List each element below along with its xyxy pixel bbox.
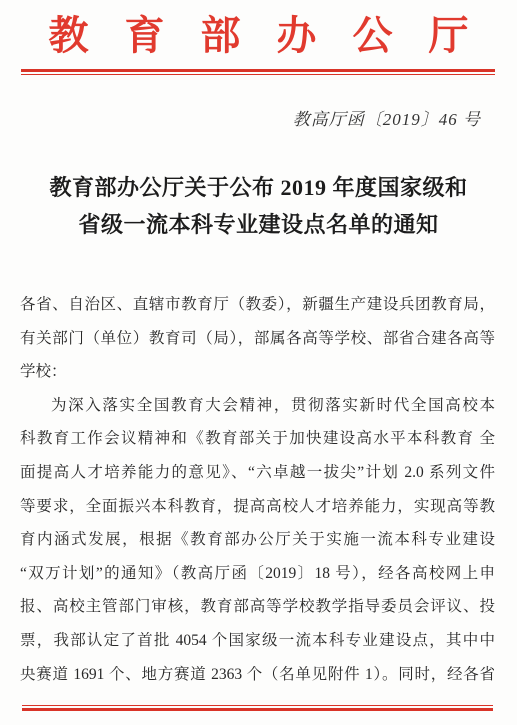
addressee-line: 各省、自治区、直辖市教育厅（教委），新疆生产建设兵团教育局， — [20, 288, 495, 322]
footer-divider-rule — [22, 705, 493, 711]
body-line: “双万计划”的通知》（教高厅函〔2019〕18 号），经各高校网上申 — [20, 557, 495, 591]
letterhead: 教育部办公厅 — [0, 12, 517, 60]
document-number: 教高厅函〔2019〕46 号 — [0, 108, 481, 132]
header-divider-rule — [21, 69, 495, 75]
body-line: 等要求，全面振兴本科教育，提高高校人才培养能力，实现高等教 — [20, 490, 495, 524]
notice-title-line2: 省级一流本科专业建设点名单的通知 — [0, 206, 517, 243]
body-line: 科教育工作会议精神和《教育部关于加快建设高水平本科教育 全 — [20, 422, 495, 456]
notice-title-line1: 教育部办公厅关于公布 2019 年度国家级和 — [0, 169, 517, 206]
document-page: 教育部办公厅 教高厅函〔2019〕46 号 教育部办公厅关于公布 2019 年度… — [0, 0, 517, 725]
addressee-line: 学校： — [20, 355, 495, 389]
body-text: 各省、自治区、直辖市教育厅（教委），新疆生产建设兵团教育局， 有关部门（单位）教… — [20, 288, 495, 691]
letterhead-title: 教育部办公厅 — [49, 13, 505, 58]
addressee-line: 有关部门（单位）教育司（局），部属各高等学校、部省合建各高等 — [20, 322, 495, 356]
body-line: 面提高人才培养能力的意见》、“六卓越一拔尖”计划 2.0 系列文件 — [20, 456, 495, 490]
body-line: 育内涵式发展，根据《教育部办公厅关于实施一流本科专业建设 — [20, 523, 495, 557]
body-line: 为深入落实全国教育大会精神，贯彻落实新时代全国高校本 — [20, 389, 495, 423]
body-line: 票，我部认定了首批 4054 个国家级一流本科专业建设点，其中中 — [20, 624, 495, 658]
body-line: 央赛道 1691 个、地方赛道 2363 个（名单见附件 1）。同时，经各省 — [20, 658, 495, 692]
body-line: 报、高校主管部门审核，教育部高等学校教学指导委员会评议、投 — [20, 590, 495, 624]
notice-title: 教育部办公厅关于公布 2019 年度国家级和 省级一流本科专业建设点名单的通知 — [0, 169, 517, 243]
